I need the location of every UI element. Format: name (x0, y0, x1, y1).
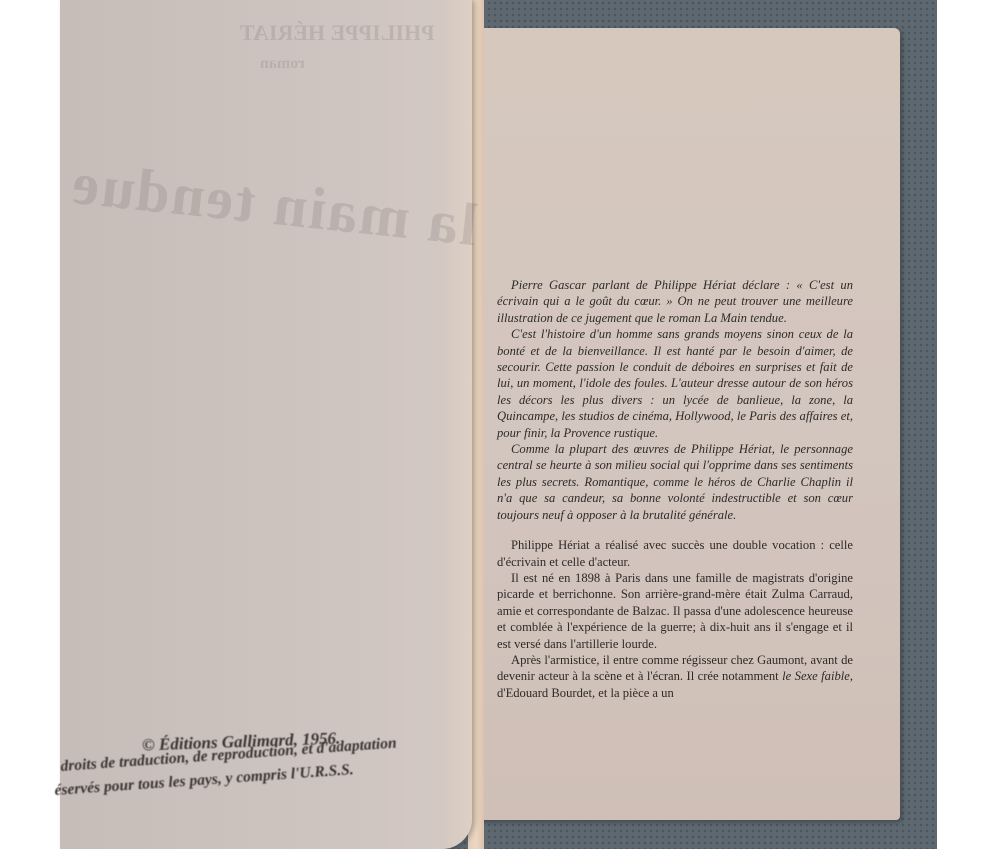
show-through-author: PHILIPPE HÉRIAT (240, 20, 435, 46)
photo-scene: PHILIPPE HÉRIAT roman la main tendue © É… (60, 0, 937, 849)
play-title: le Sexe faible (782, 669, 850, 683)
blurb-section: Pierre Gascar parlant de Philippe Hériat… (497, 277, 853, 523)
blurb-paragraph: C'est l'histoire d'un homme sans grands … (497, 326, 853, 441)
bio-paragraph-last: Après l'armistice, il entre comme régiss… (497, 652, 853, 701)
page-text: Pierre Gascar parlant de Philippe Hériat… (497, 277, 853, 701)
bio-paragraph: Il est né en 1898 à Paris dans une famil… (497, 570, 853, 652)
right-page: Pierre Gascar parlant de Philippe Hériat… (472, 28, 900, 820)
bio-paragraph: Philippe Hériat a réalisé avec succès un… (497, 537, 853, 570)
blurb-paragraph: Pierre Gascar parlant de Philippe Hériat… (497, 277, 853, 326)
bio-section: Philippe Hériat a réalisé avec succès un… (497, 537, 853, 701)
left-page: PHILIPPE HÉRIAT roman la main tendue © É… (60, 0, 472, 849)
blurb-paragraph: Comme la plupart des œuvres de Philippe … (497, 441, 853, 523)
section-gap (497, 523, 853, 537)
show-through-title: la main tendue (68, 149, 481, 260)
show-through-subtitle: roman (260, 55, 305, 73)
